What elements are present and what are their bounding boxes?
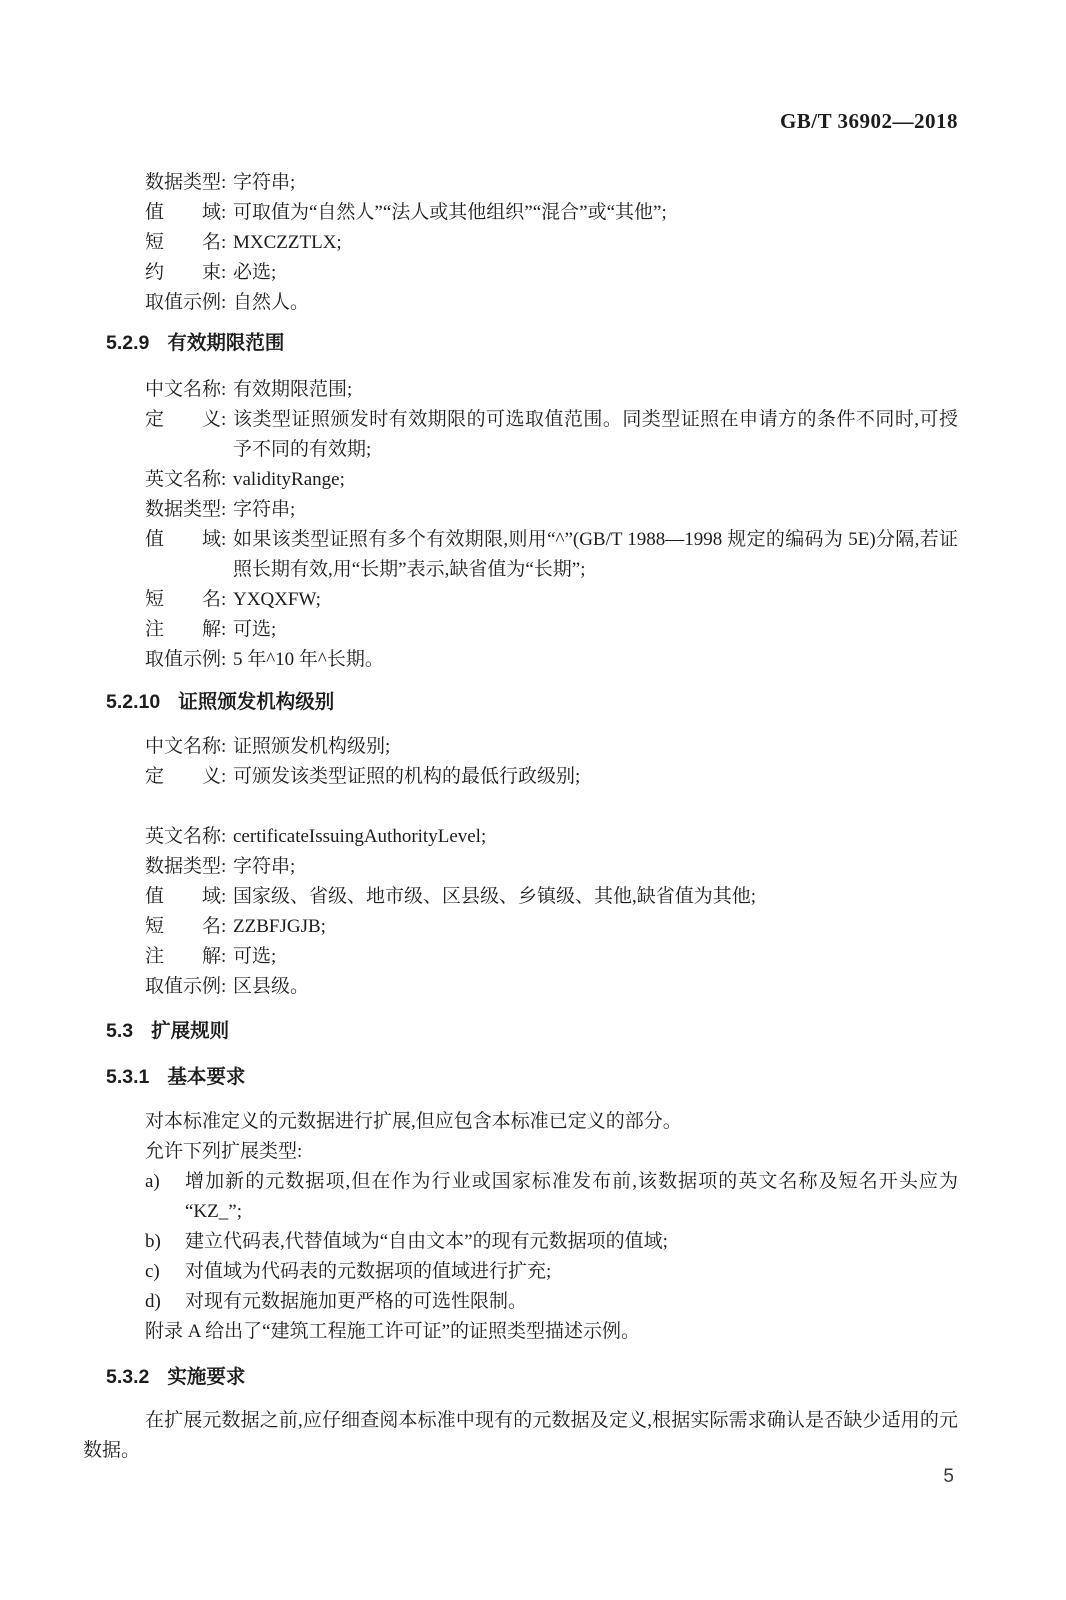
- clause-number: 5.3: [106, 1020, 133, 1042]
- clause-heading-5-3: 5.3扩展规则: [106, 1019, 958, 1043]
- clause-number: 5.2.9: [106, 332, 149, 354]
- meta-label: 短 名:: [145, 585, 233, 615]
- list-item-text: 对现有元数据施加更严格的可选性限制。: [185, 1287, 958, 1317]
- meta-label: 数据类型:: [145, 168, 233, 198]
- meta-row-note: 注 解: 可选;: [145, 942, 958, 972]
- meta-value: 如果该类型证照有多个有效期限,则用“^”(GB/T 1988—1998 规定的编…: [233, 525, 958, 585]
- meta-value: 可选;: [233, 615, 958, 645]
- clause-title: 基本要求: [167, 1066, 245, 1088]
- meta-value: 字符串;: [233, 852, 958, 882]
- list-marker: b): [145, 1227, 185, 1257]
- meta-value: 该类型证照颁发时有效期限的可选取值范围。同类型证照在申请方的条件不同时,可授予不…: [233, 405, 958, 465]
- clause-heading-5-2-9: 5.2.9有效期限范围: [106, 331, 958, 355]
- clause-number: 5.2.10: [106, 691, 160, 713]
- meta-label: 数据类型:: [145, 852, 233, 882]
- meta-label: 中文名称:: [145, 375, 233, 405]
- page-number: 5: [943, 1462, 954, 1492]
- meta-row-definition: 定 义: 该类型证照颁发时有效期限的可选取值范围。同类型证照在申请方的条件不同时…: [145, 405, 958, 465]
- paragraph-extension-types-intro: 允许下列扩展类型:: [83, 1137, 958, 1167]
- meta-row-cn-name: 中文名称: 证照颁发机构级别;: [145, 732, 958, 762]
- list-marker: a): [145, 1167, 185, 1197]
- meta-row-value-domain: 值 域: 国家级、省级、地市级、区县级、乡镇级、其他,缺省值为其他;: [145, 882, 958, 912]
- meta-value: YXQXFW;: [233, 585, 958, 615]
- meta-label: 值 域:: [145, 525, 233, 555]
- clause-heading-5-3-1: 5.3.1基本要求: [106, 1065, 958, 1089]
- document-page: GB/T 36902—2018 数据类型: 字符串; 值 域: 可取值为“自然人…: [0, 0, 1066, 1600]
- clause-number: 5.3.1: [106, 1066, 149, 1088]
- meta-label: 取值示例:: [145, 645, 233, 675]
- meta-row-example: 取值示例: 自然人。: [145, 288, 958, 318]
- paragraph-appendix-reference: 附录 A 给出了“建筑工程施工许可证”的证照类型描述示例。: [83, 1317, 958, 1347]
- meta-label: 取值示例:: [145, 972, 233, 1002]
- meta-value: validityRange;: [233, 465, 958, 495]
- blank-line: [145, 792, 958, 822]
- meta-row-definition: 定 义: 可颁发该类型证照的机构的最低行政级别;: [145, 762, 958, 792]
- list-item-a: a) 增加新的元数据项,但在作为行业或国家标准发布前,该数据项的英文名称及短名开…: [145, 1167, 958, 1227]
- meta-label: 值 域:: [145, 198, 233, 228]
- meta-label: 定 义:: [145, 762, 233, 792]
- meta-value: MXCZZTLX;: [233, 228, 958, 258]
- paragraph-extension-scope: 对本标准定义的元数据进行扩展,但应包含本标准已定义的部分。: [83, 1107, 958, 1137]
- meta-label: 中文名称:: [145, 732, 233, 762]
- list-item-text: 建立代码表,代替值域为“自由文本”的现有元数据项的值域;: [185, 1227, 958, 1257]
- meta-row-data-type: 数据类型: 字符串;: [145, 495, 958, 525]
- meta-block-5210: 中文名称: 证照颁发机构级别; 定 义: 可颁发该类型证照的机构的最低行政级别;…: [145, 732, 958, 1002]
- meta-label: 定 义:: [145, 405, 233, 435]
- list-marker: d): [145, 1287, 185, 1317]
- list-item-c: c) 对值域为代码表的元数据项的值域进行扩充;: [145, 1257, 958, 1287]
- meta-value: 自然人。: [233, 288, 958, 318]
- meta-label: 英文名称:: [145, 822, 233, 852]
- meta-label: 注 解:: [145, 615, 233, 645]
- meta-value: 有效期限范围;: [233, 375, 958, 405]
- list-item-b: b) 建立代码表,代替值域为“自由文本”的现有元数据项的值域;: [145, 1227, 958, 1257]
- extension-type-list: a) 增加新的元数据项,但在作为行业或国家标准发布前,该数据项的英文名称及短名开…: [145, 1167, 958, 1317]
- running-header-doc-code: GB/T 36902—2018: [83, 108, 958, 134]
- paragraph-implementation-requirement: 在扩展元数据之前,应仔细查阅本标准中现有的元数据及定义,根据实际需求确认是否缺少…: [83, 1406, 958, 1466]
- meta-row-cn-name: 中文名称: 有效期限范围;: [145, 375, 958, 405]
- clause-number: 5.3.2: [106, 1366, 149, 1388]
- meta-value: ZZBFJGJB;: [233, 912, 958, 942]
- meta-row-short-name: 短 名: MXCZZTLX;: [145, 228, 958, 258]
- meta-label: 取值示例:: [145, 288, 233, 318]
- meta-label: 值 域:: [145, 882, 233, 912]
- clause-heading-5-2-10: 5.2.10证照颁发机构级别: [106, 690, 958, 714]
- meta-label: 注 解:: [145, 942, 233, 972]
- meta-value: 字符串;: [233, 495, 958, 525]
- meta-value: 国家级、省级、地市级、区县级、乡镇级、其他,缺省值为其他;: [233, 882, 958, 912]
- meta-row-constraint: 约 束: 必选;: [145, 258, 958, 288]
- meta-row-value-domain: 值 域: 可取值为“自然人”“法人或其他组织”“混合”或“其他”;: [145, 198, 958, 228]
- meta-label: 短 名:: [145, 912, 233, 942]
- clause-title: 有效期限范围: [167, 332, 284, 354]
- meta-value: 字符串;: [233, 168, 958, 198]
- clause-title: 实施要求: [167, 1366, 245, 1388]
- meta-row-data-type: 数据类型: 字符串;: [145, 168, 958, 198]
- meta-block-528-continued: 数据类型: 字符串; 值 域: 可取值为“自然人”“法人或其他组织”“混合”或“…: [145, 168, 958, 318]
- meta-label: 短 名:: [145, 228, 233, 258]
- meta-block-529: 中文名称: 有效期限范围; 定 义: 该类型证照颁发时有效期限的可选取值范围。同…: [145, 375, 958, 675]
- meta-value: 5 年^10 年^长期。: [233, 645, 958, 675]
- meta-row-value-domain: 值 域: 如果该类型证照有多个有效期限,则用“^”(GB/T 1988—1998…: [145, 525, 958, 585]
- meta-label: 约 束:: [145, 258, 233, 288]
- meta-value: certificateIssuingAuthorityLevel;: [233, 822, 958, 852]
- meta-row-en-name: 英文名称: certificateIssuingAuthorityLevel;: [145, 822, 958, 852]
- meta-value: 可颁发该类型证照的机构的最低行政级别;: [233, 762, 958, 792]
- meta-value: 证照颁发机构级别;: [233, 732, 958, 762]
- clause-title: 扩展规则: [151, 1020, 229, 1042]
- meta-row-en-name: 英文名称: validityRange;: [145, 465, 958, 495]
- list-marker: c): [145, 1257, 185, 1287]
- meta-row-short-name: 短 名: ZZBFJGJB;: [145, 912, 958, 942]
- list-item-text: 对值域为代码表的元数据项的值域进行扩充;: [185, 1257, 958, 1287]
- list-item-d: d) 对现有元数据施加更严格的可选性限制。: [145, 1287, 958, 1317]
- meta-row-short-name: 短 名: YXQXFW;: [145, 585, 958, 615]
- clause-heading-5-3-2: 5.3.2实施要求: [106, 1365, 958, 1389]
- list-item-text: 增加新的元数据项,但在作为行业或国家标准发布前,该数据项的英文名称及短名开头应为…: [185, 1167, 958, 1227]
- meta-row-note: 注 解: 可选;: [145, 615, 958, 645]
- meta-row-data-type: 数据类型: 字符串;: [145, 852, 958, 882]
- meta-label: 英文名称:: [145, 465, 233, 495]
- clause-title: 证照颁发机构级别: [178, 691, 334, 713]
- meta-label: 数据类型:: [145, 495, 233, 525]
- meta-row-example: 取值示例: 5 年^10 年^长期。: [145, 645, 958, 675]
- meta-value: 区县级。: [233, 972, 958, 1002]
- meta-row-example: 取值示例: 区县级。: [145, 972, 958, 1002]
- meta-value: 必选;: [233, 258, 958, 288]
- meta-value: 可取值为“自然人”“法人或其他组织”“混合”或“其他”;: [233, 198, 958, 228]
- meta-value: 可选;: [233, 942, 958, 972]
